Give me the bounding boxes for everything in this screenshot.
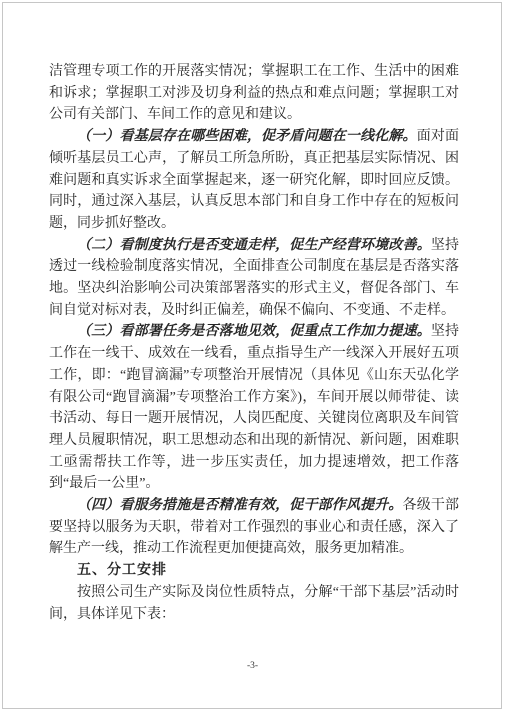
paragraph-point-4: （四）看服务措施是否精准有效，促干部作风提升。各级干部要坚持以服务为天职，带着对… bbox=[49, 495, 459, 560]
paragraph-lead: （四）看服务措施是否精准有效，促干部作风提升。 bbox=[77, 498, 403, 513]
paragraph-lead: （二）看制度执行是否变通走样，促生产经营环境改善。 bbox=[77, 238, 431, 253]
page-number: -3- bbox=[0, 661, 505, 671]
document-body: 洁管理专项工作的开展落实情况；掌握职工在工作、生活中的困难和诉求；掌握职工对涉及… bbox=[49, 61, 459, 625]
paragraph-text: 洁管理专项工作的开展落实情况；掌握职工在工作、生活中的困难和诉求；掌握职工对涉及… bbox=[49, 64, 459, 122]
paragraph-point-1: （一）看基层存在哪些困难，促矛盾问题在一线化解。面对面倾听基层员工心声，了解员工… bbox=[49, 126, 459, 235]
paragraph-continuation: 洁管理专项工作的开展落实情况；掌握职工在工作、生活中的困难和诉求；掌握职工对涉及… bbox=[49, 61, 459, 126]
paragraph-final: 按照公司生产实际及岗位性质特点，分解“干部下基层”活动时间，具体详见下表： bbox=[49, 582, 459, 625]
paragraph-point-2: （二）看制度执行是否变通走样，促生产经营环境改善。坚持透过一线检验制度落实情况，… bbox=[49, 235, 459, 322]
paragraph-lead: （一）看基层存在哪些困难，促矛盾问题在一线化解。 bbox=[77, 129, 417, 144]
paragraph-lead: （三）看部署任务是否落地见效，促重点工作加力提速。 bbox=[77, 324, 431, 339]
section-heading: 五、分工安排 bbox=[49, 560, 459, 582]
paragraph-point-3: （三）看部署任务是否落地见效，促重点工作加力提速。坚持工作在一线干、成效在一线看… bbox=[49, 321, 459, 495]
paragraph-text: 面对面倾听基层员工心声，了解员工所急所盼，真正把基层实际情况、困难问题和真实诉求… bbox=[49, 129, 459, 231]
document-page: 洁管理专项工作的开展落实情况；掌握职工在工作、生活中的困难和诉求；掌握职工对涉及… bbox=[0, 0, 505, 712]
paragraph-text: 按照公司生产实际及岗位性质特点，分解“干部下基层”活动时间，具体详见下表： bbox=[49, 585, 459, 622]
paragraph-text: 坚持工作在一线干、成效在一线看，重点指导生产一线深入开展好五项工作，即：“跑冒滴… bbox=[49, 324, 459, 491]
